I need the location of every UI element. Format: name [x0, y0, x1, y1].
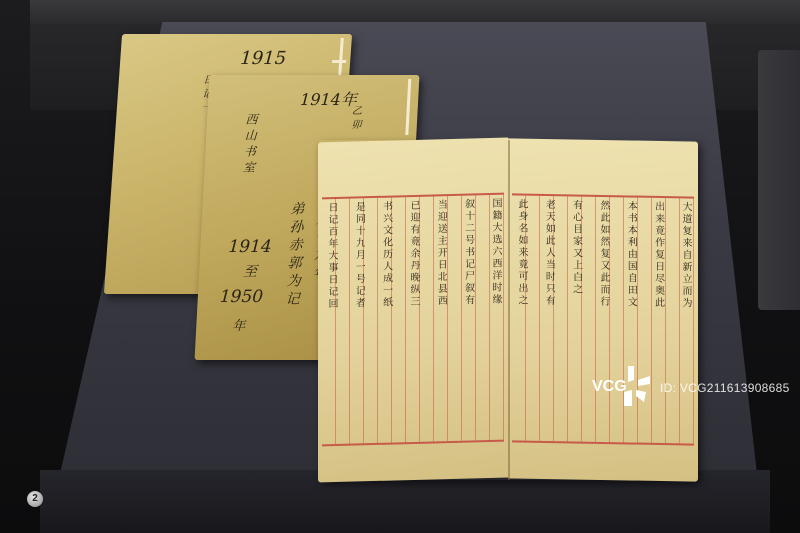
text-column: 叙十二号书记尸叙有: [461, 198, 475, 436]
book-binding-thread: [338, 38, 344, 78]
cover-year-end: 1950: [219, 287, 263, 307]
text-column: 有心目家又上白之: [569, 199, 583, 437]
vcg-pinwheel-icon: [622, 366, 652, 410]
text-column: 日记百年大事日记回: [324, 202, 338, 440]
cover-year-suffix: 年: [232, 315, 246, 334]
museum-display-photo: 1915 日记一 1914年 乙卯 西山书室 一九一六年 弟孙赤郭为记 1914…: [0, 0, 800, 533]
text-column: 已迎有竟余丹晚纵三: [406, 200, 420, 438]
left-page: 国籍大选六西洋时缘 叙十二号书记尸叙有 当迎送主开日北县西 已迎有竟余丹晚纵三 …: [318, 138, 508, 483]
cover-title: 西山书室: [240, 113, 260, 177]
book-binding-thread: [405, 79, 411, 135]
text-column: 书兴文化历人成一纸: [379, 201, 393, 439]
text-column: 此身名如来竟可出之: [514, 198, 528, 436]
vcg-image-id: ID: VCG211613908685: [660, 381, 790, 395]
book-binding-thread: [332, 60, 346, 63]
right-page: 大道复来自新立而为 出来竟作复日尽奥此 本书本利由国自田文 然此如然复又此而行 …: [508, 138, 698, 481]
side-display-block: [758, 50, 800, 310]
book-spine: [508, 140, 510, 480]
cover-year: 1915: [240, 48, 287, 69]
exhibit-number-badge: 2: [27, 491, 43, 507]
cover-center-text-2: 弟孙赤郭为记: [281, 201, 307, 309]
vcg-logo: VCG: [592, 366, 654, 410]
cover-year-start: 1914: [228, 237, 272, 257]
text-column: 当迎送主开日北县西: [433, 199, 447, 437]
vcg-watermark: VCG ID: VCG211613908685: [592, 366, 790, 410]
text-column: 是同十九月一号记者: [351, 201, 365, 439]
cover-year-mid: 至: [243, 261, 258, 281]
text-column: 国籍大选六西洋时缘: [488, 198, 502, 436]
text-column: 老天如此人当时只有: [541, 199, 555, 437]
manuscript-book-open: 国籍大选六西洋时缘 叙十二号书记尸叙有 当迎送主开日北县西 已迎有竟余丹晚纵三 …: [318, 140, 698, 480]
left-page-text: 国籍大选六西洋时缘 叙十二号书记尸叙有 当迎送主开日北县西 已迎有竟余丹晚纵三 …: [324, 198, 502, 441]
cover-note: 乙卯: [346, 105, 362, 133]
